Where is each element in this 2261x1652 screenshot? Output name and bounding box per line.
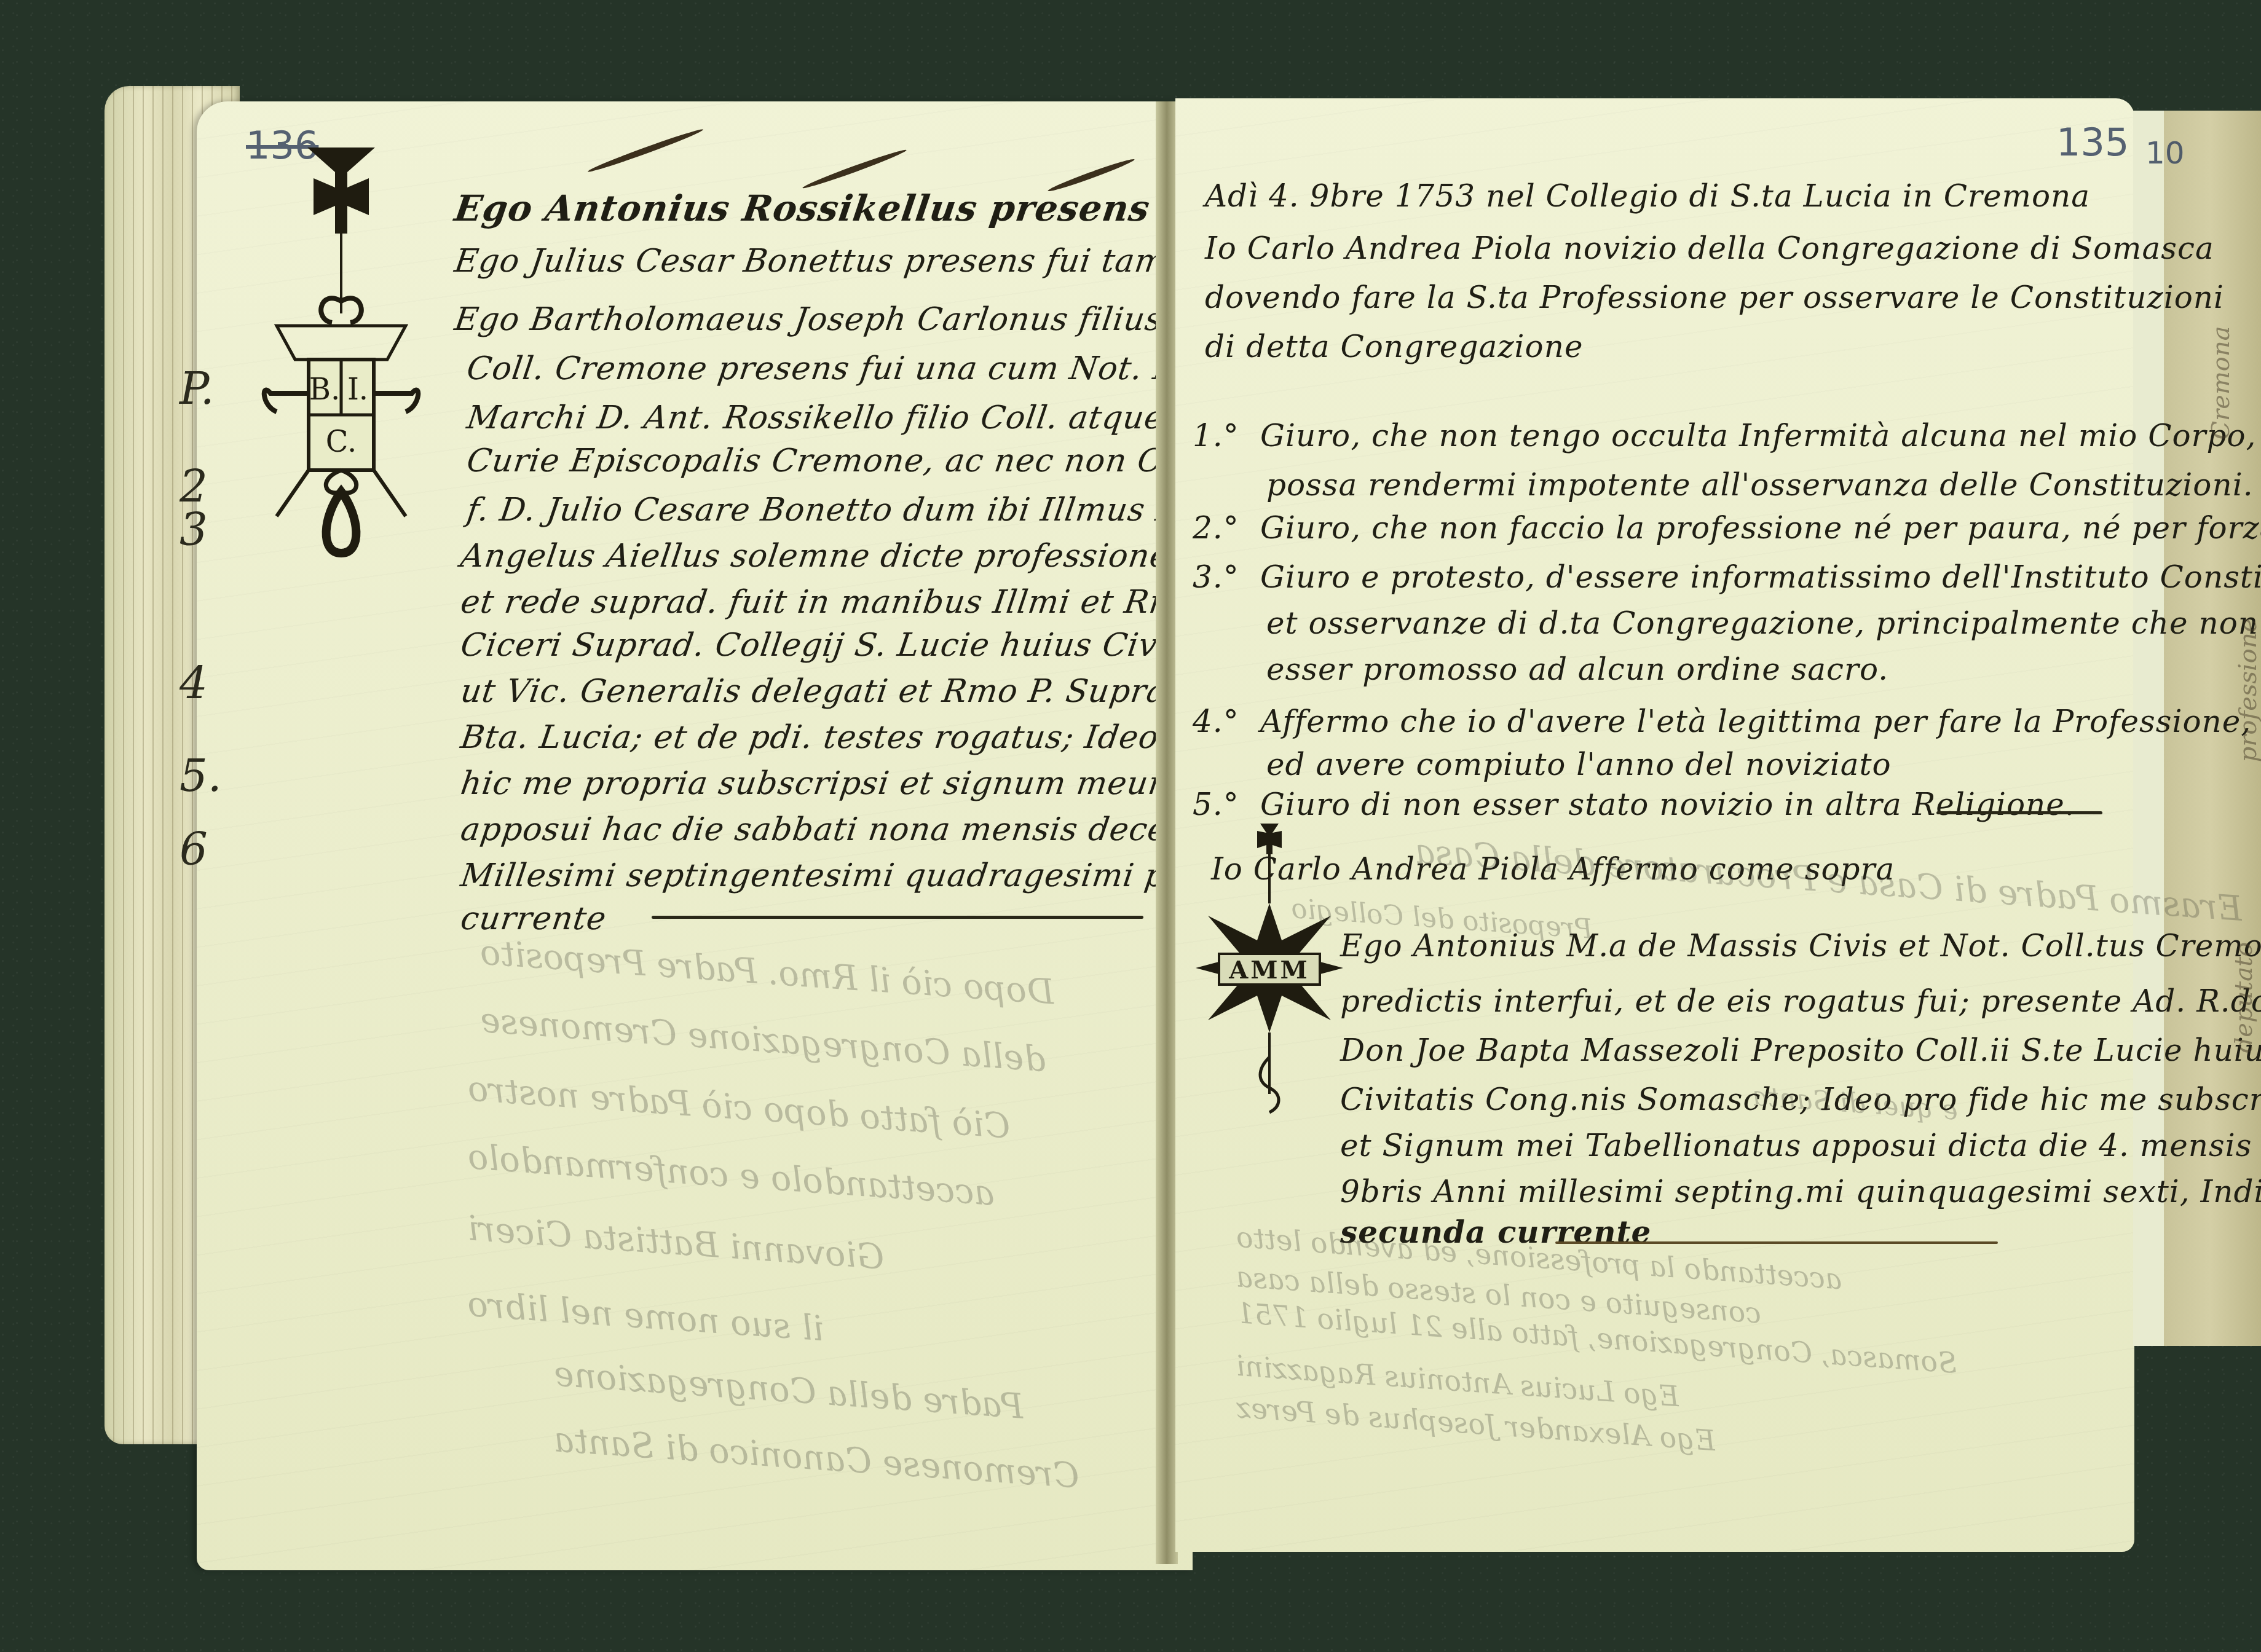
edge-text: deputato [2230,942,2258,1053]
oath-number: 5.° [1193,787,1239,822]
oath-line: Giuro di non esser stato novizio in altr… [1260,787,2075,822]
closing-rule [652,916,1143,919]
closing-rule [1555,1241,1998,1244]
margin-number: 4 [180,658,208,709]
oath-line: ed avere compiuto l'anno del noviziato [1266,747,1892,782]
notarial-sign-bic-icon: B. I. C. [264,147,418,529]
margin-number: 3 [180,504,208,556]
margin-number: 5. [180,750,222,801]
adjacent-folio-number: 10 [2145,135,2185,171]
oath-line: possa rendermi impotente all'osservanza … [1266,467,2254,503]
svg-text:C.: C. [326,425,357,459]
svg-text:B.: B. [309,372,341,407]
edge-text: Cremona [2207,326,2235,439]
oath-line: Giuro, che non tengo occulta Infermità a… [1260,418,2261,454]
oath-line: Affermo che io d'avere l'età legittima p… [1260,704,2251,739]
notarial-sign-amm-star-icon: AMM [1190,824,1349,1119]
text-line: currente [459,900,609,937]
folio-number-right: 135 [2056,120,2129,165]
edge-text: professione [2234,618,2261,763]
notary-line: et Signum mei Tabellionatus apposui dict… [1340,1128,2252,1163]
left-margin-numbers: P. 2 3 4 5. 6 [161,104,229,1395]
margin-number: 6 [180,824,208,875]
intro-line: di detta Congregazione [1205,329,1583,364]
text-line: Coll. Cremone presens fui una cum Not. D… [465,350,1192,387]
notary-line: predictis interfui, et de eis rogatus fu… [1340,983,2261,1019]
oath-line: Giuro e protesto, d'essere informatissim… [1260,559,2261,595]
svg-text:I.: I. [347,372,368,407]
intro-line: dovendo fare la S.ta Professione per oss… [1205,280,2224,315]
notary-line: Don Joe Bapta Massezoli Preposito Coll.i… [1340,1032,2261,1068]
date-header: Adì 4. 9bre 1753 nel Collegio di S.ta Lu… [1205,178,2090,214]
oath-end-rule [1936,811,2102,814]
oath-number: 1.° [1193,418,1239,454]
margin-number: P. [180,363,215,414]
oath-line: esser promosso ad alcun ordine sacro. [1266,651,1888,687]
oath-line: Giuro, che non faccio la professione né … [1260,510,2261,546]
open-manuscript: P. 2 3 4 5. 6 136 B. I. C. Ego Antonius … [0,0,2261,1652]
book-gutter [1156,101,1178,1564]
oath-line: et osservanze di d.ta Congregazione, pri… [1266,605,2261,641]
intro-line: Io Carlo Andrea Piola novizio della Cong… [1205,230,2214,266]
oath-number: 4.° [1193,704,1239,739]
oath-number: 2.° [1193,510,1239,546]
text-line: Marchi D. Ant. Rossikello filio Coll. at… [465,399,1250,436]
svg-text:AMM: AMM [1228,956,1310,985]
oath-number: 3.° [1193,559,1239,595]
notary-line: 9bris Anni millesimi septing.mi quinquag… [1340,1174,2261,1209]
